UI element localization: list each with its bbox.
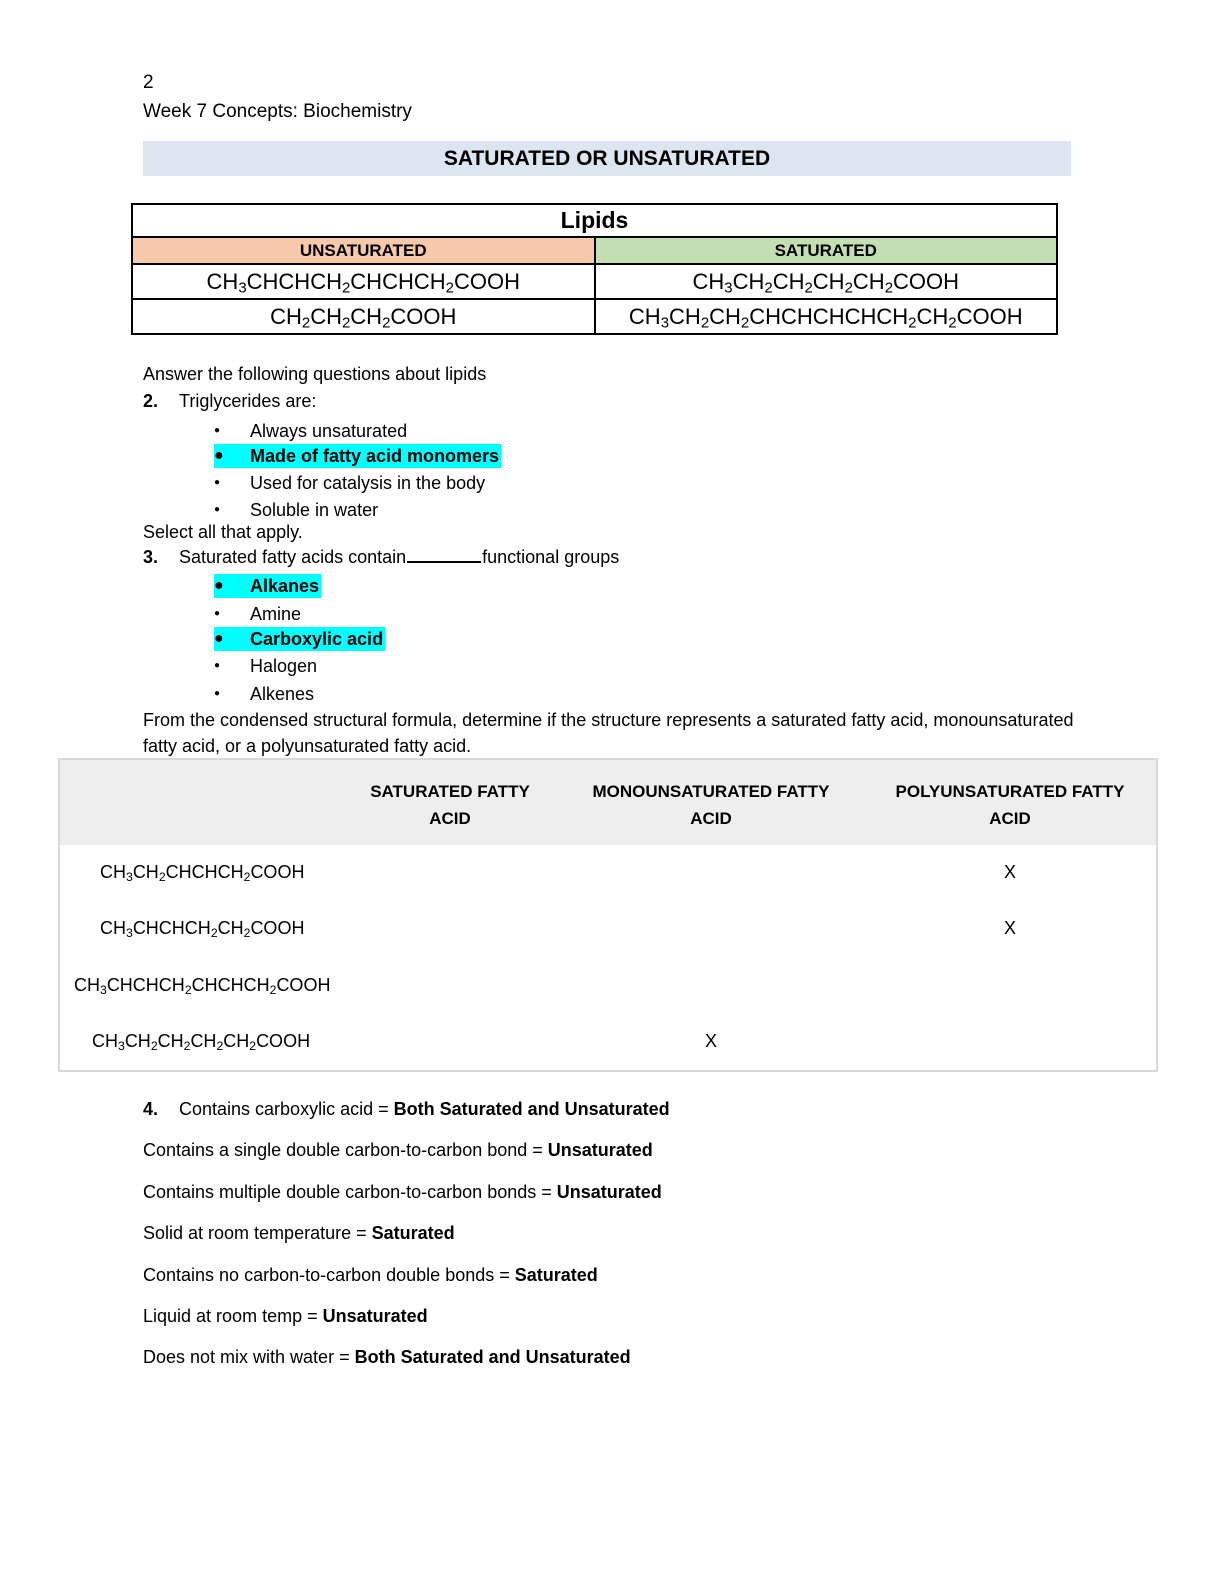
option-label: Soluble in water <box>250 498 378 522</box>
option-label: Halogen <box>250 654 317 678</box>
fatty-acid-table-header: SATURATED FATTY ACID MONOUNSATURATED FAT… <box>60 760 1156 845</box>
bullet-icon: ● <box>214 444 250 468</box>
question-text: Saturated fatty acids contain <box>179 547 406 567</box>
question-2: 2.Triglycerides are: <box>143 391 316 412</box>
fatty-acid-table: SATURATED FATTY ACID MONOUNSATURATED FAT… <box>58 758 1158 1072</box>
question-4-item: Contains no carbon-to-carbon double bond… <box>143 1265 598 1286</box>
column-header-saturated: SATURATED FATTY ACID <box>350 778 550 832</box>
unsaturated-formula: CH2CH2CH2COOH <box>132 299 595 334</box>
bullet-icon: ● <box>214 471 250 495</box>
column-header-unsaturated: UNSATURATED <box>132 237 595 264</box>
bullet-icon: ● <box>214 627 250 651</box>
option-label: Used for catalysis in the body <box>250 471 485 495</box>
answer: Unsaturated <box>548 1140 653 1160</box>
section-title: SATURATED OR UNSATURATED <box>143 141 1071 176</box>
statement: Does not mix with water = <box>143 1347 355 1367</box>
polyunsaturated-mark: X <box>1004 862 1016 883</box>
statement: Solid at room temperature = <box>143 1223 372 1243</box>
answer: Both Saturated and Unsaturated <box>355 1347 631 1367</box>
statement: Contains a single double carbon-to-carbo… <box>143 1140 548 1160</box>
bullet-icon: ● <box>214 602 250 626</box>
row-formula: CH3CH2CH2CH2CH2COOH <box>92 1031 310 1052</box>
bullet-icon: ● <box>214 419 250 443</box>
lipids-table-caption: Lipids <box>132 204 1057 237</box>
question-number: 2. <box>143 391 179 412</box>
question-3: 3.Saturated fatty acids containfunctiona… <box>143 547 619 568</box>
answer: Both Saturated and Unsaturated <box>394 1099 670 1119</box>
table-row: CH3CHCHCH2CHCHCH2COOH CH3CH2CH2CH2CH2COO… <box>132 264 1057 299</box>
bullet-icon: ● <box>214 654 250 678</box>
q2-option[interactable]: ●Soluble in water <box>214 498 378 522</box>
select-all-note: Select all that apply. <box>143 522 303 543</box>
q2-option-selected[interactable]: ●Made of fatty acid monomers <box>214 444 501 468</box>
column-header-monounsaturated: MONOUNSATURATED FATTY ACID <box>575 778 847 832</box>
question-4-item: Liquid at room temp = Unsaturated <box>143 1306 428 1327</box>
option-label: Alkanes <box>250 574 319 598</box>
intro-text: Answer the following questions about lip… <box>143 364 486 385</box>
question-number: 4. <box>143 1099 179 1120</box>
option-label: Always unsaturated <box>250 419 407 443</box>
bullet-icon: ● <box>214 574 250 598</box>
q3-option[interactable]: ●Amine <box>214 602 301 626</box>
polyunsaturated-mark: X <box>1004 918 1016 939</box>
question-text-end: functional groups <box>482 547 619 567</box>
question-4-item: Contains multiple double carbon-to-carbo… <box>143 1182 662 1203</box>
q2-option[interactable]: ●Always unsaturated <box>214 419 407 443</box>
question-text: Triglycerides are: <box>179 391 316 411</box>
row-formula: CH3CH2CHCHCH2COOH <box>100 862 304 883</box>
question-4-item: Contains a single double carbon-to-carbo… <box>143 1140 653 1161</box>
q3-option-selected[interactable]: ●Carboxylic acid <box>214 627 385 651</box>
instructions-text: From the condensed structural formula, d… <box>143 707 1093 759</box>
question-4-item: Solid at room temperature = Saturated <box>143 1223 455 1244</box>
document-subtitle: Week 7 Concepts: Biochemistry <box>143 101 412 123</box>
question-number: 3. <box>143 547 179 568</box>
statement: Contains no carbon-to-carbon double bond… <box>143 1265 515 1285</box>
answer: Unsaturated <box>323 1306 428 1326</box>
unsaturated-formula: CH3CHCHCH2CHCHCH2COOH <box>132 264 595 299</box>
q3-option[interactable]: ●Halogen <box>214 654 317 678</box>
column-header-polyunsaturated: POLYUNSATURATED FATTY ACID <box>875 778 1145 832</box>
statement: Liquid at room temp = <box>143 1306 323 1326</box>
q2-option[interactable]: ●Used for catalysis in the body <box>214 471 485 495</box>
row-formula: CH3CHCHCH2CH2COOH <box>100 918 304 939</box>
monounsaturated-mark: X <box>705 1031 717 1052</box>
row-formula: CH3CHCHCH2CHCHCH2COOH <box>74 975 330 996</box>
answer-blank <box>407 547 481 563</box>
option-label: Made of fatty acid monomers <box>250 444 499 468</box>
saturated-formula: CH3CH2CH2CHCHCHCHCH2CH2COOH <box>595 299 1058 334</box>
statement: Contains carboxylic acid = <box>179 1099 394 1119</box>
q3-option-selected[interactable]: ●Alkanes <box>214 574 321 598</box>
bullet-icon: ● <box>214 682 250 706</box>
q3-option[interactable]: ●Alkenes <box>214 682 314 706</box>
statement: Contains multiple double carbon-to-carbo… <box>143 1182 557 1202</box>
answer: Unsaturated <box>557 1182 662 1202</box>
bullet-icon: ● <box>214 498 250 522</box>
page-number: 2 <box>143 72 154 94</box>
saturated-formula: CH3CH2CH2CH2CH2COOH <box>595 264 1058 299</box>
answer: Saturated <box>372 1223 455 1243</box>
option-label: Carboxylic acid <box>250 627 383 651</box>
question-4-item: Does not mix with water = Both Saturated… <box>143 1347 631 1368</box>
option-label: Alkenes <box>250 682 314 706</box>
answer: Saturated <box>515 1265 598 1285</box>
option-label: Amine <box>250 602 301 626</box>
table-row: CH2CH2CH2COOH CH3CH2CH2CHCHCHCHCH2CH2COO… <box>132 299 1057 334</box>
question-4-item: 4.Contains carboxylic acid = Both Satura… <box>143 1099 670 1120</box>
lipids-table: Lipids UNSATURATED SATURATED CH3CHCHCH2C… <box>131 203 1058 335</box>
column-header-saturated: SATURATED <box>595 237 1058 264</box>
